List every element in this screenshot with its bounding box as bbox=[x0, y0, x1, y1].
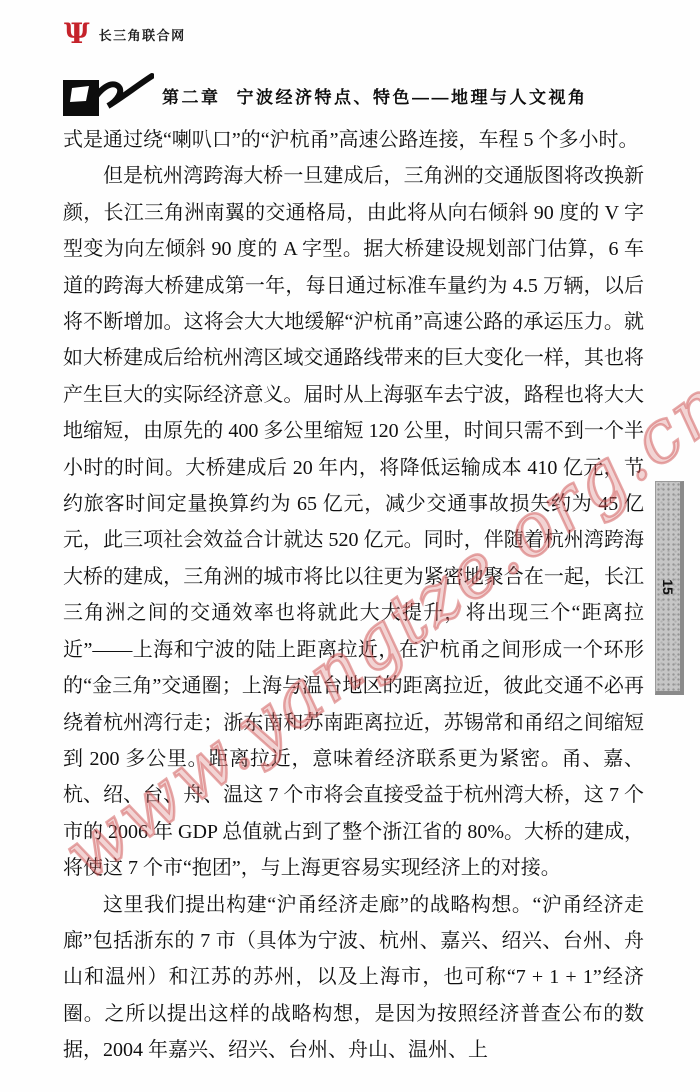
chapter-ornament-icon bbox=[62, 72, 154, 118]
chapter-header: 第二章 宁波经济特点、特色——地理与人文视角 bbox=[62, 72, 588, 118]
page-body: 式是通过绕“喇叭口”的“沪杭甬”高速公路连接，车程 5 个多小时。 但是杭州湾跨… bbox=[63, 122, 644, 1069]
yangtze-delta-logo-icon: Ψ bbox=[64, 20, 90, 48]
site-brand: Ψ 长三角联合网 bbox=[64, 20, 186, 48]
paragraph-bridge-impact: 但是杭州湾跨海大桥一旦建成后，三角洲的交通版图将改换新颜，长江三角洲南翼的交通格… bbox=[63, 158, 644, 886]
chapter-label: 第二章 bbox=[162, 83, 221, 108]
book-page: Ψ 长三角联合网 第二章 宁波经济特点、特色——地理与人文视角 式是通过绕“喇叭… bbox=[0, 0, 700, 1092]
chapter-title: 宁波经济特点、特色——地理与人文视角 bbox=[237, 83, 588, 108]
paragraph-continuation: 式是通过绕“喇叭口”的“沪杭甬”高速公路连接，车程 5 个多小时。 bbox=[63, 122, 644, 158]
page-number: 15 bbox=[660, 579, 676, 595]
page-number-tab: 15 bbox=[655, 481, 684, 695]
paragraph-economic-corridor: 这里我们提出构建“沪甬经济走廊”的战略构想。“沪甬经济走廊”包括浙东的 7 市（… bbox=[63, 887, 644, 1069]
site-brand-name: 长三角联合网 bbox=[99, 25, 186, 44]
